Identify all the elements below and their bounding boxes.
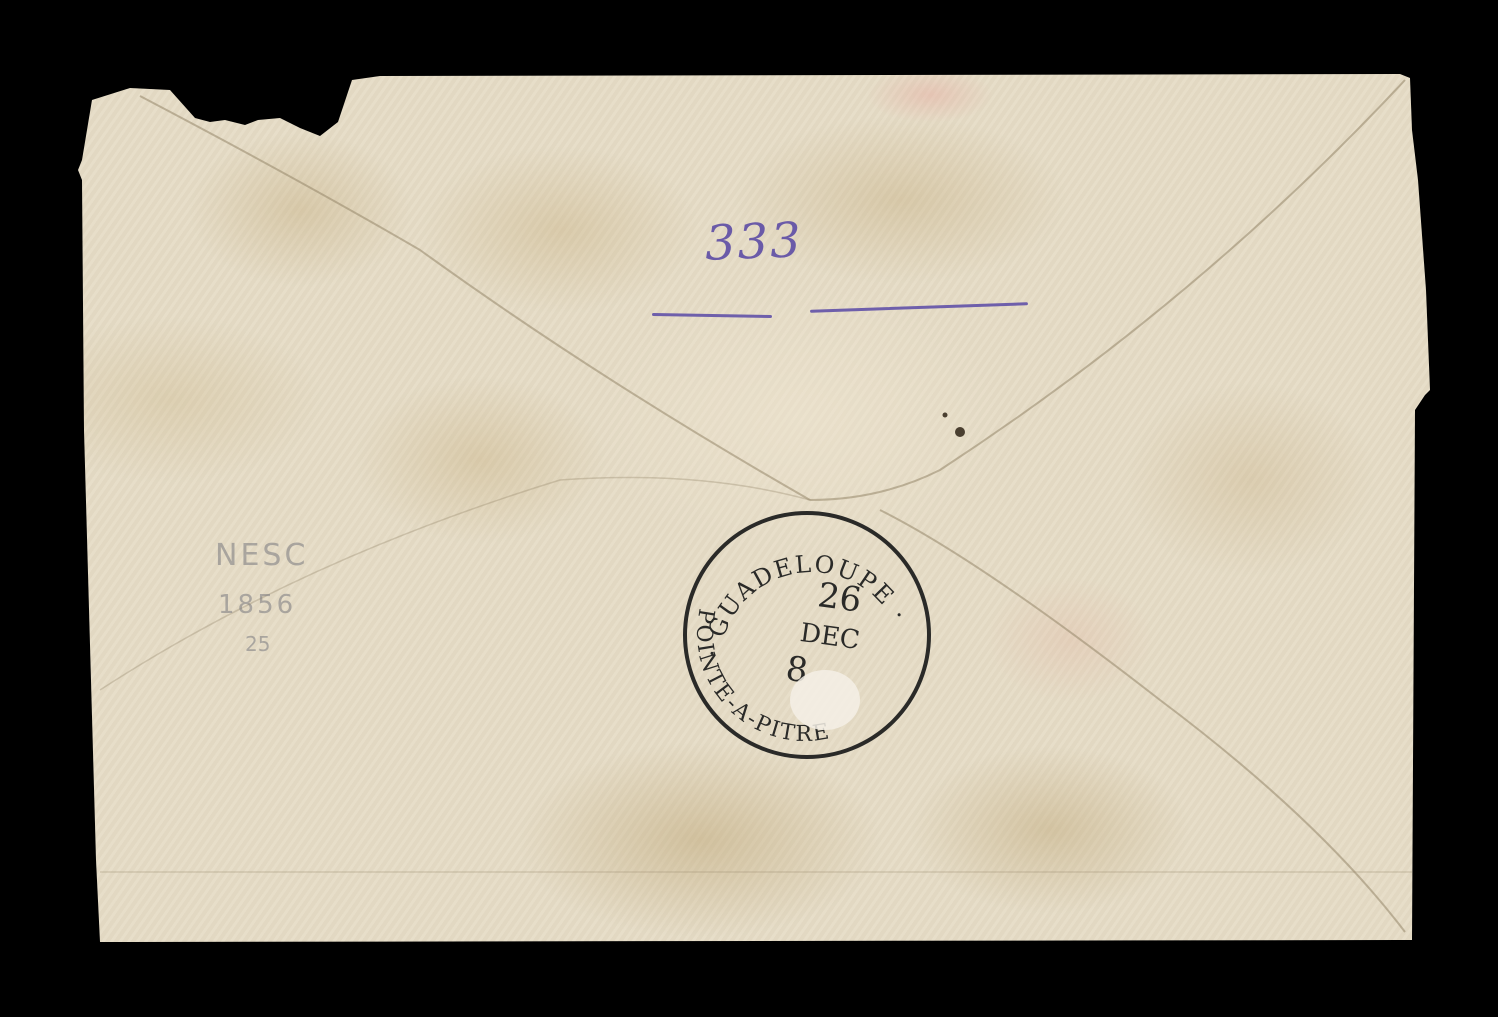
handwritten-number: 333 — [704, 212, 804, 271]
envelope: 333 NESC 1856 25 · GUADELOUPE · POINTE-A… — [0, 0, 1498, 1017]
paper-worn-spot — [790, 670, 860, 730]
postmark-day: 26 — [815, 575, 863, 621]
pencil-note-line-2: 1856 — [218, 590, 296, 620]
pencil-note-line-1: NESC — [215, 538, 308, 573]
pencil-note-line-3: 25 — [245, 632, 270, 656]
